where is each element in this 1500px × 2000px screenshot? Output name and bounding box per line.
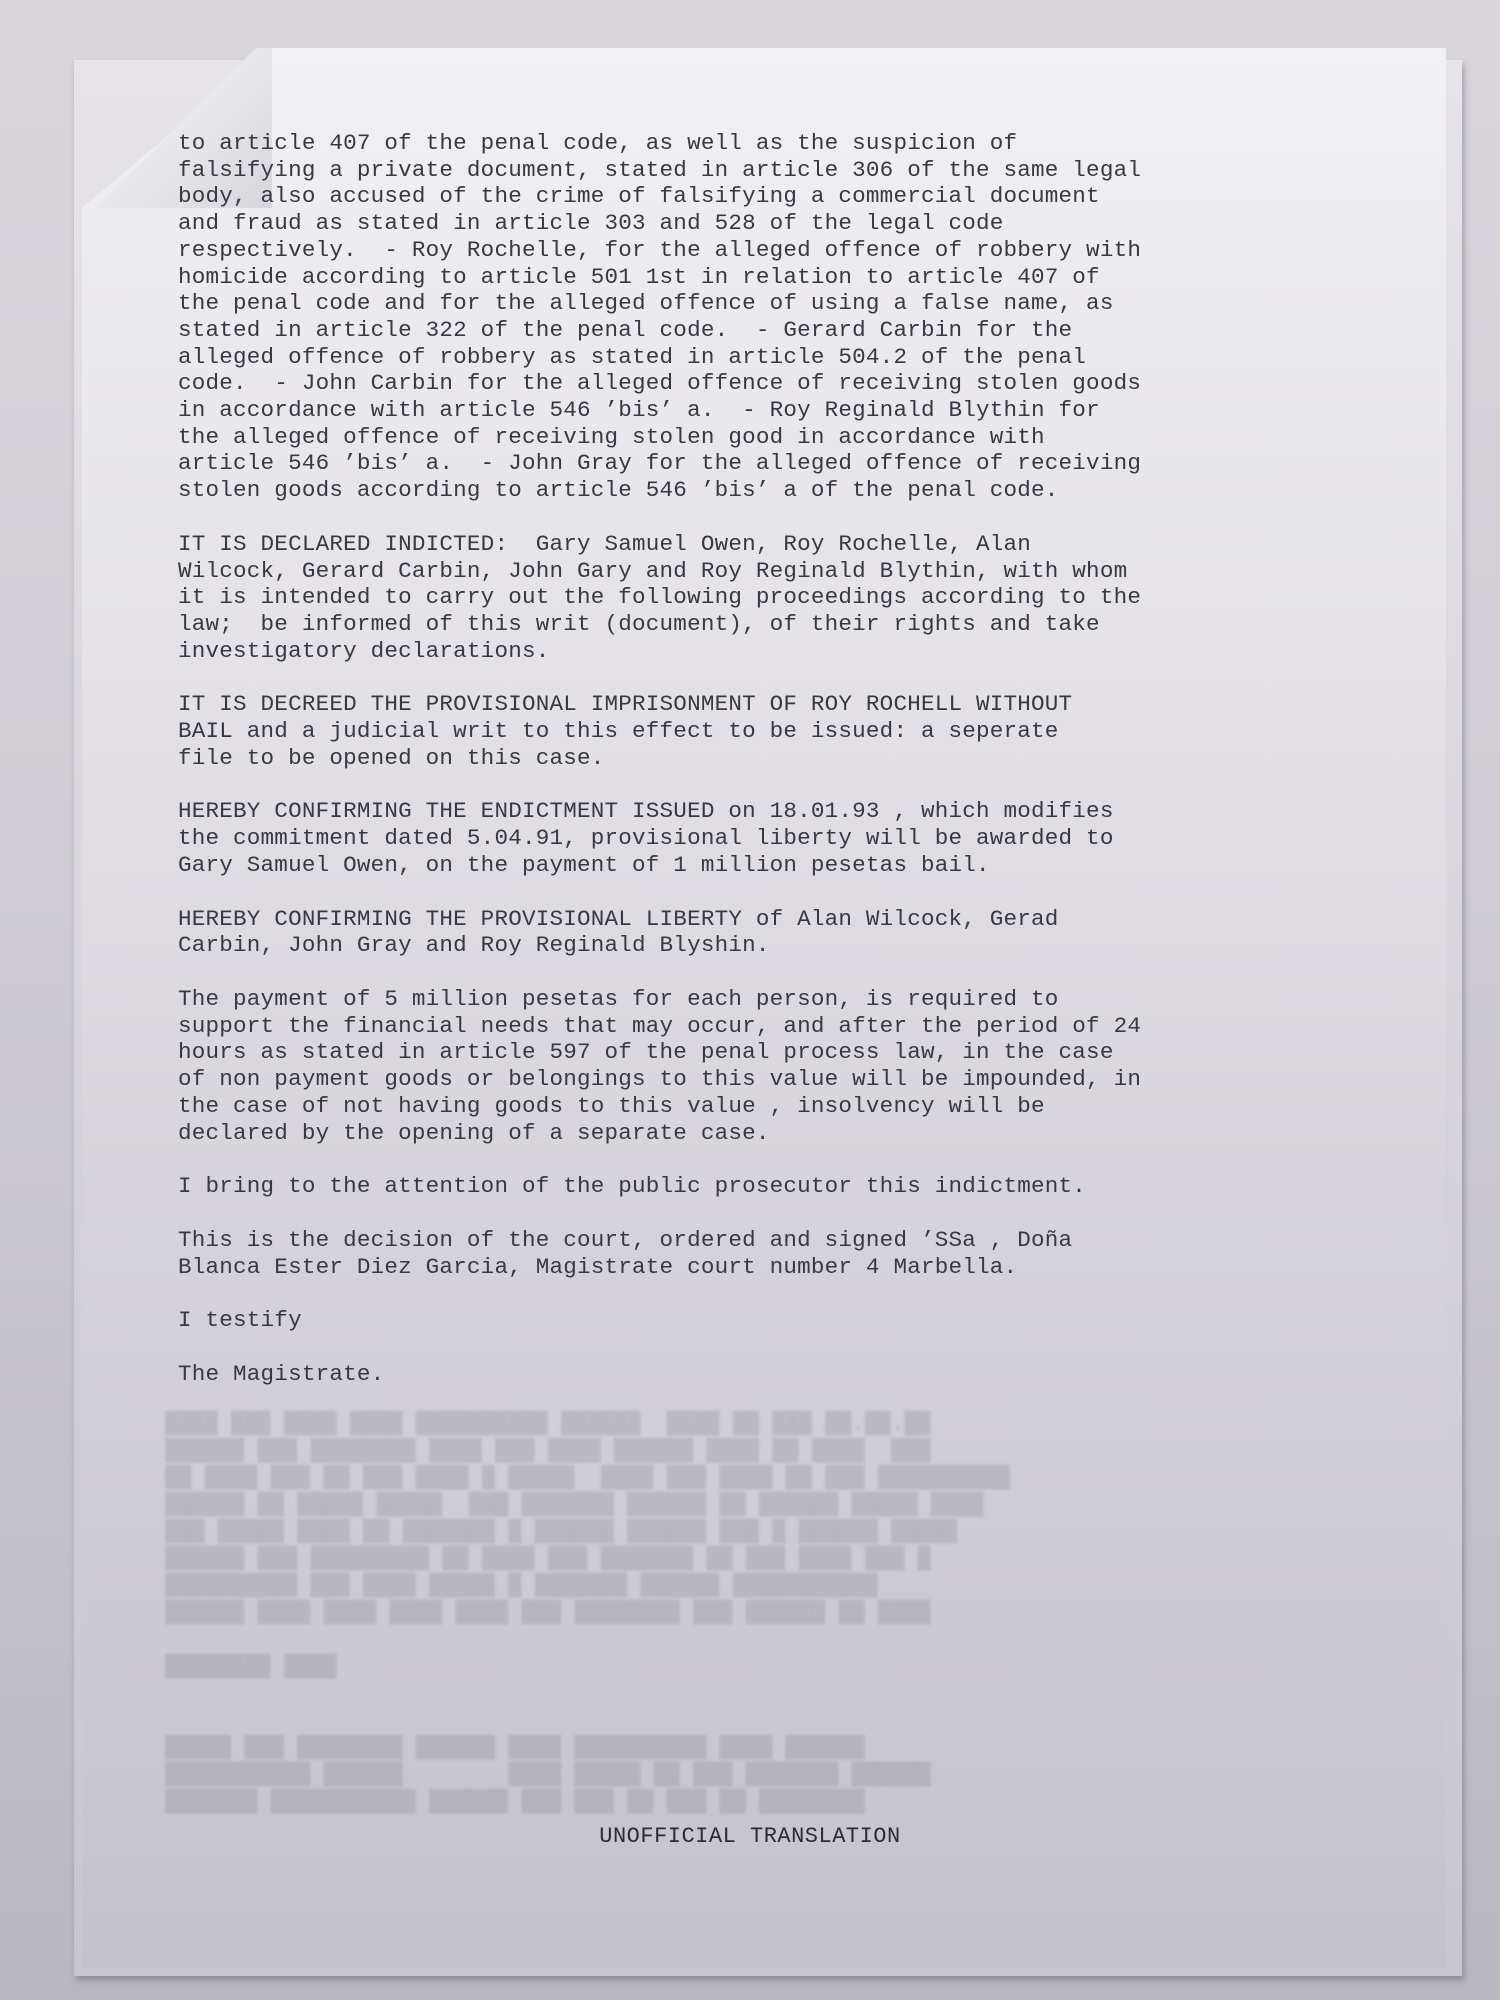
text-line: HEREBY CONFIRMING THE PROVISIONAL LIBERT… [178, 906, 1368, 933]
document-paragraph: IT IS DECREED THE PROVISIONAL IMPRISONME… [178, 691, 1368, 771]
text-line: IT IS DECLARED INDICTED: Gary Samuel Owe… [178, 531, 1368, 558]
document-paragraph: HEREBY CONFIRMING THE ENDICTMENT ISSUED … [178, 798, 1368, 878]
document-paragraph: to article 407 of the penal code, as wel… [178, 130, 1368, 504]
text-line: in accordance with article 546 ’bis’ a. … [178, 397, 1368, 424]
text-line: the alleged offence of receiving stolen … [178, 424, 1368, 451]
document-paragraph: IT IS DECLARED INDICTED: Gary Samuel Owe… [178, 531, 1368, 665]
text-line: the commitment dated 5.04.91, provisiona… [178, 825, 1368, 852]
text-line: hours as stated in article 597 of the pe… [178, 1039, 1368, 1066]
document-paragraph: The payment of 5 million pesetas for eac… [178, 986, 1368, 1146]
text-line: Blanca Ester Diez Garcia, Magistrate cou… [178, 1254, 1368, 1281]
text-line: of non payment goods or belongings to th… [178, 1066, 1368, 1093]
text-line: BAIL and a judicial writ to this effect … [178, 718, 1368, 745]
text-line: law; be informed of this writ (document)… [178, 611, 1368, 638]
document-paragraph: This is the decision of the court, order… [178, 1227, 1368, 1280]
text-line: declared by the opening of a separate ca… [178, 1120, 1368, 1147]
text-line: I bring to the attention of the public p… [178, 1173, 1368, 1200]
text-line: This is the decision of the court, order… [178, 1227, 1368, 1254]
text-line: code. - John Carbin for the alleged offe… [178, 370, 1368, 397]
text-line: and fraud as stated in article 303 and 5… [178, 210, 1368, 237]
text-line: it is intended to carry out the followin… [178, 584, 1368, 611]
text-line: file to be opened on this case. [178, 745, 1368, 772]
text-line: article 546 ’bis’ a. - John Gray for the… [178, 450, 1368, 477]
text-line: homicide according to article 501 1st in… [178, 264, 1368, 291]
text-line: IT IS DECREED THE PROVISIONAL IMPRISONME… [178, 691, 1368, 718]
document-paragraph: I bring to the attention of the public p… [178, 1173, 1368, 1200]
text-line: Gary Samuel Owen, on the payment of 1 mi… [178, 852, 1368, 879]
text-line: respectively. - Roy Rochelle, for the al… [178, 237, 1368, 264]
text-line: alleged offence of robbery as stated in … [178, 344, 1368, 371]
document-paragraph: The Magistrate. [178, 1361, 1368, 1388]
text-line: stolen goods according to article 546 ’b… [178, 477, 1368, 504]
text-line: HEREBY CONFIRMING THE ENDICTMENT ISSUED … [178, 798, 1368, 825]
document-body: to article 407 of the penal code, as wel… [178, 130, 1368, 1415]
text-line: I testify [178, 1307, 1368, 1334]
text-line: Wilcock, Gerard Carbin, John Gary and Ro… [178, 558, 1368, 585]
text-line: body, also accused of the crime of falsi… [178, 183, 1368, 210]
document-paragraph: HEREBY CONFIRMING THE PROVISIONAL LIBERT… [178, 906, 1368, 959]
text-line: falsifying a private document, stated in… [178, 157, 1368, 184]
show-through-text: ████ ███ ████ ████ ██████████ ██████ ███… [165, 1410, 1325, 1815]
document-paragraph: I testify [178, 1307, 1368, 1334]
text-line: the case of not having goods to this val… [178, 1093, 1368, 1120]
text-line: to article 407 of the penal code, as wel… [178, 130, 1368, 157]
text-line: The Magistrate. [178, 1361, 1368, 1388]
footer-unofficial-translation: UNOFFICIAL TRANSLATION [0, 1824, 1500, 1849]
text-line: investigatory declarations. [178, 638, 1368, 665]
text-line: the penal code and for the alleged offen… [178, 290, 1368, 317]
text-line: Carbin, John Gray and Roy Reginald Blysh… [178, 932, 1368, 959]
text-line: The payment of 5 million pesetas for eac… [178, 986, 1368, 1013]
text-line: support the financial needs that may occ… [178, 1013, 1368, 1040]
text-line: stated in article 322 of the penal code.… [178, 317, 1368, 344]
